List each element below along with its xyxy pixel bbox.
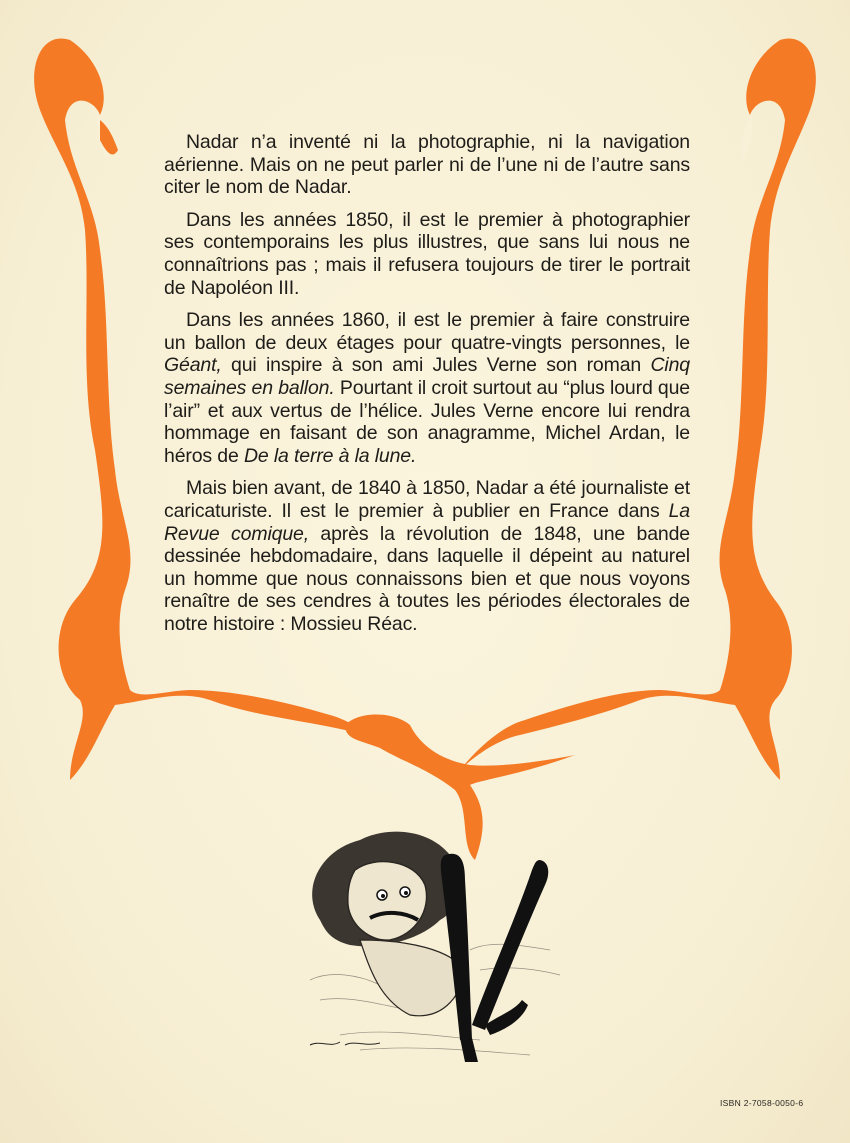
cover-blurb: Nadar n’a inventé ni la photographie, ni…: [164, 131, 690, 645]
text-run: Nadar n’a inventé ni la photographie, ni…: [164, 131, 690, 198]
paragraph-4: Mais bien avant, de 1840 à 1850, Nadar a…: [164, 477, 690, 635]
italic-title: Géant,: [164, 354, 222, 376]
text-run: Mais bien avant, de 1840 à 1850, Nadar a…: [164, 477, 690, 522]
isbn-label: ISBN 2-7058-0050-6: [720, 1098, 803, 1108]
back-cover-page: Nadar n’a inventé ni la photographie, ni…: [0, 0, 850, 1143]
text-run: Dans les années 1850, il est le premier …: [164, 209, 690, 299]
text-run: qui inspire à son ami Jules Verne son ro…: [222, 354, 651, 376]
text-run: Dans les années 1860, il est le premier …: [164, 309, 690, 354]
paragraph-3: Dans les années 1860, il est le premier …: [164, 309, 690, 467]
paragraph-2: Dans les années 1850, il est le premier …: [164, 209, 690, 299]
paragraph-1: Nadar n’a inventé ni la photographie, ni…: [164, 131, 690, 199]
italic-title: De la terre à la lune.: [244, 445, 416, 467]
nadar-caricature-illustration: [300, 800, 570, 1070]
